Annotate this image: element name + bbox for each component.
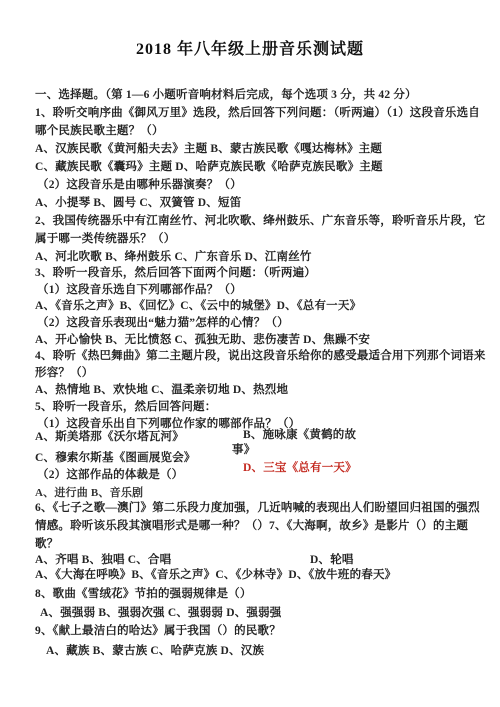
question-1-sub2-options: A、小提琴 B、圆号 C、双簧管 D、短笛 <box>35 194 241 210</box>
question-5-option-c: C、穆索尔斯基《图画展览会》 <box>35 449 196 465</box>
question-1-options-ab: A、汉族民歌《黄河船夫去》主题 B、蒙古族民歌《嘎达梅林》主题 <box>35 140 382 156</box>
question-6-stem-line1: 6、《七子之歌—澳门》第二乐段力度加强，几近呐喊的表现出人们盼望回归祖国的强烈 <box>35 499 480 515</box>
question-1-stem-line1: 1、聆听交响序曲《御风万里》选段，然后回答下列问题：（听两遍）（1）这段音乐选自 <box>35 104 480 120</box>
question-6-stem-line3: 歌？ <box>35 535 58 551</box>
question-3-sub1-options: A、《音乐之声》B、《回忆》C、《云中的城堡》D、《总有一天》 <box>35 297 361 313</box>
question-5-option-b-line2: 事》 <box>232 441 255 457</box>
question-7-options: A、《大海在呼唤》B、《音乐之声》C、《少林寺》D、《放牛班的春天》 <box>35 566 396 582</box>
question-3-sub2-options: A、开心愉快 B、无比愤怒 C、孤独无助、悲伤凄苦 D、焦躁不安 <box>35 331 370 347</box>
question-9-stem: 9、《献上最洁白的哈达》属于我国（）的民歌？ <box>35 622 281 638</box>
question-1-stem-line2: 哪个民族民歌主题？（） <box>35 122 164 138</box>
page-title: 2018 年八年级上册音乐测试题 <box>0 36 500 59</box>
question-8-stem: 8、歌曲《雪绒花》节拍的强弱规律是（） <box>35 585 252 601</box>
question-4-options: A、热情地 B、欢快地 C、温柔亲切地 D、热烈地 <box>35 381 288 397</box>
test-paper-page: 2018 年八年级上册音乐测试题 一、选择题。（第 1—6 小题听音响材料后完成… <box>0 0 500 707</box>
question-1-sub2-stem: （2）这段音乐是由哪种乐器演奏？（） <box>37 176 242 192</box>
question-5-sub2-stem: （2）这部作品的体裁是（） <box>37 466 183 482</box>
question-2-stem-line1: 2、我国传统器乐中有江南丝竹、河北吹歌、绛州鼓乐、广东音乐等，聆听音乐片段，它 <box>35 212 486 228</box>
question-6-options-abc: A、齐唱 B、独唱 C、合唱 <box>35 551 171 567</box>
question-5-option-a: A、斯美塔那《沃尔塔瓦河》 <box>35 428 184 444</box>
question-5-option-b-line1: B、施咏康《黄鹤的故 <box>243 426 356 442</box>
question-6-stem-line2: 情感。聆听该乐段其演唱形式是哪一种？（）7、《大海啊，故乡》是影片（）的主题 <box>35 517 468 533</box>
question-6-option-d: D、轮唱 <box>310 551 354 567</box>
question-5-stem: 5、聆听一段音乐，然后回答问题： <box>35 398 216 414</box>
question-4-stem-line2: 形容？（） <box>35 364 94 380</box>
section-header: 一、选择题。（第 1—6 小题听音响材料后完成，每个选项 3 分，共 42 分） <box>35 86 417 102</box>
question-4-stem-line1: 4、聆听《热巴舞曲》第二主题片段，说出这段音乐给你的感受最适合用下列那个词语来 <box>35 347 486 363</box>
question-5-option-d-red: D、三宝《总有一天》 <box>243 459 357 475</box>
question-5-sub2-options: A、进行曲 B、音乐剧 <box>35 484 143 500</box>
question-2-stem-line2: 属于哪一类传统器乐？（） <box>35 230 175 246</box>
question-8-options: A、强强弱 B、强弱次强 C、强弱弱 D、强弱强 <box>40 604 282 620</box>
question-9-options: A、藏族 B、蒙古族 C、哈萨克族 D、汉族 <box>46 642 264 658</box>
question-3-stem: 3、聆听一段音乐，然后回答下面两个问题：（听两遍） <box>35 264 316 280</box>
question-3-sub2-stem: （2）这段音乐表现出“魅力猫”怎样的心情？（） <box>37 314 289 330</box>
question-3-sub1-stem: （1）这段音乐选自下列哪部作品？（） <box>37 281 242 297</box>
question-1-options-cd: C、藏族民歌《囊玛》主题 D、哈萨克族民歌《哈萨克族民歌》主题 <box>35 158 383 174</box>
question-2-options: A、河北吹歌 B、绛州鼓乐 C、广东音乐 D、江南丝竹 <box>35 248 312 264</box>
